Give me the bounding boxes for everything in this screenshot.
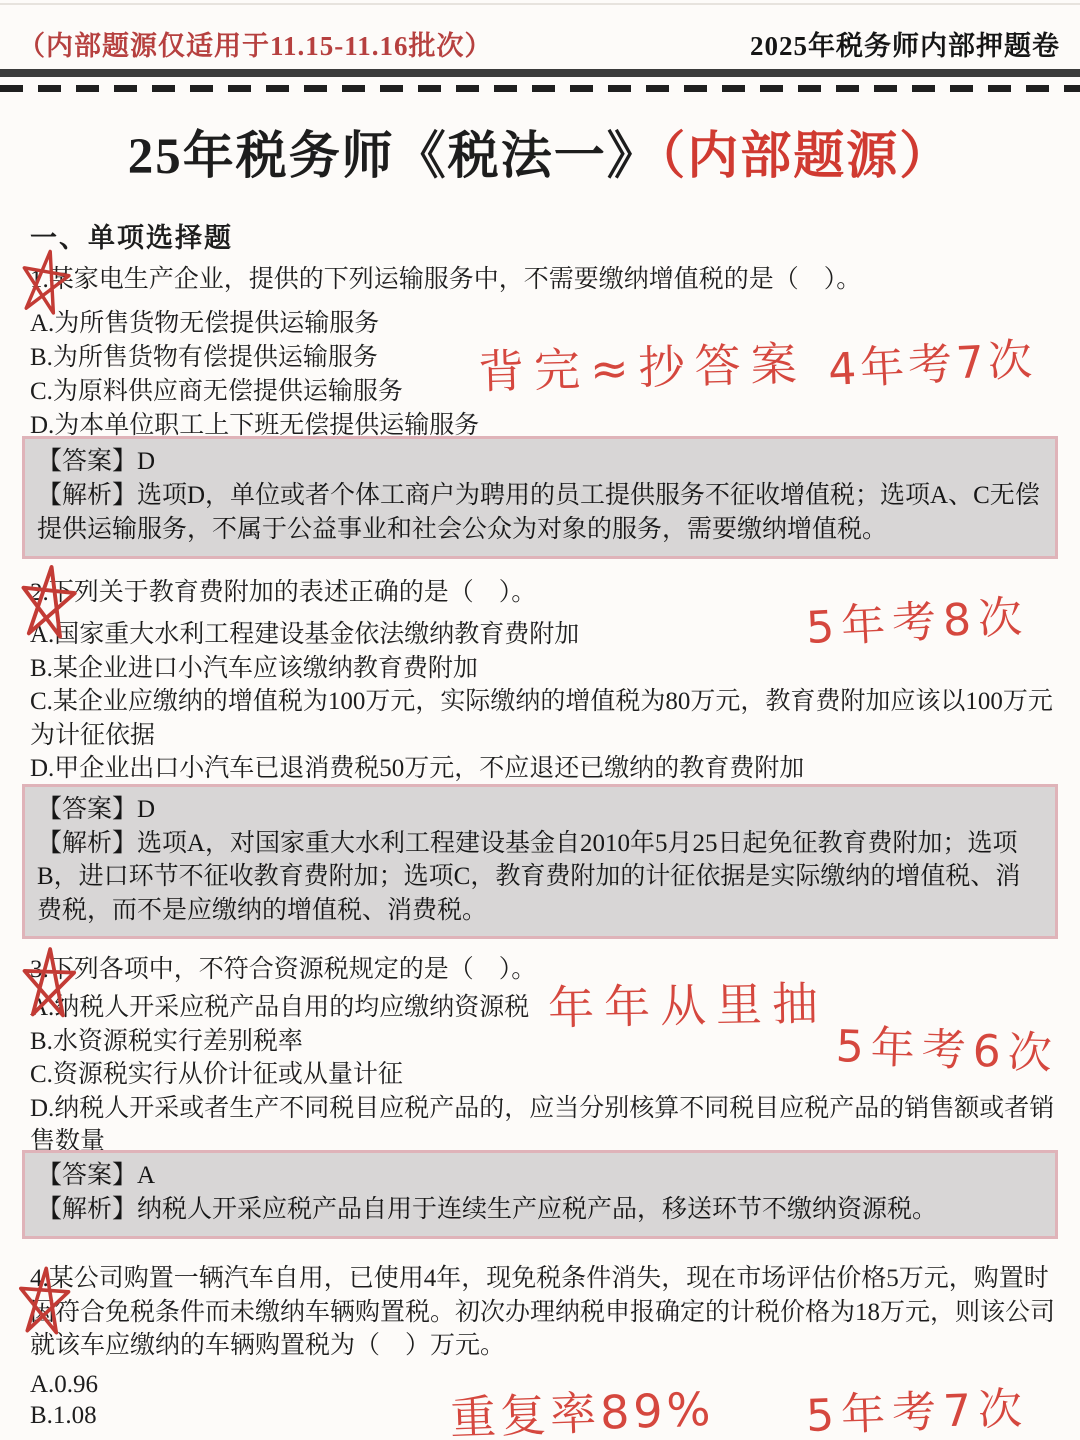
header-solid-rule xyxy=(0,69,1080,77)
handwritten-note: 5年考8次 xyxy=(804,580,1030,656)
header-batch-note: （内部题源仅适用于11.15-11.16批次） xyxy=(18,24,493,63)
option-d: D.甲企业出口小汽车已退消费税50万元，不应退还已缴纳的教育费附加 xyxy=(30,752,1058,786)
header-paper-name: 2025年税务师内部押题卷 xyxy=(750,24,1060,63)
option-c: C.某企业应缴纳的增值税为100万元，实际缴纳的增值税为80万元，教育费附加应该… xyxy=(30,685,1058,752)
section-heading: 一、单项选择题 xyxy=(30,216,233,255)
handwritten-note: 4年考7次 xyxy=(826,323,1037,398)
question-4-stem: 4.某公司购置一辆汽车自用，已使用4年，现免税条件消失，现在市场评估价格5万元，… xyxy=(30,1262,1058,1363)
option-d: D.纳税人开采或者生产不同税目应税产品的，应当分别核算不同税目应税产品的销售额或… xyxy=(30,1092,1058,1159)
answer-box-2: 【答案】D 【解析】选项A，对国家重大水利工程建设基金自2010年5月25日起免… xyxy=(22,784,1058,939)
page-title-main: 25年税务师《税法一》 xyxy=(128,129,660,185)
answer-label: 【答案】D xyxy=(37,445,1043,479)
handwritten-note: 5年考6次 xyxy=(835,1010,1060,1082)
answer-analysis: 【解析】选项A，对国家重大水利工程建设基金自2010年5月25日起免征教育费附加… xyxy=(37,827,1043,928)
answer-box-1: 【答案】D 【解析】选项D，单位或者个体工商户为聘用的员工提供服务不征收增值税；… xyxy=(22,436,1058,559)
handwritten-note: 重复率89% xyxy=(449,1373,715,1440)
answer-analysis: 【解析】选项D，单位或者个体工商户为聘用的员工提供服务不征收增值税；选项A、C无… xyxy=(37,479,1043,547)
answer-analysis: 【解析】纳税人开采应税产品自用于连续生产应税产品，移送环节不缴纳资源税。 xyxy=(37,1193,1043,1227)
handwritten-note: 5年考7次 xyxy=(805,1372,1030,1440)
page-title: 25年税务师《税法一》（内部题源） xyxy=(0,114,1080,188)
question-1-stem: 1.某家电生产企业，提供的下列运输服务中，不需要缴纳增值税的是（ ）。 xyxy=(30,263,1058,297)
answer-label: 【答案】D xyxy=(37,793,1043,827)
header-dashed-rule xyxy=(0,85,1080,92)
answer-label: 【答案】A xyxy=(37,1159,1043,1193)
page-top-edge-line xyxy=(0,3,1080,5)
handwritten-note: 背完≈抄答案 xyxy=(477,327,807,402)
option-b: B.某企业进口小汽车应该缴纳教育费附加 xyxy=(30,652,1058,686)
exam-paper-page: （内部题源仅适用于11.15-11.16批次） 2025年税务师内部押题卷 25… xyxy=(0,0,1080,1440)
handwritten-note: 年年从里抽 xyxy=(547,967,828,1038)
page-title-highlight: （内部题源） xyxy=(660,129,953,185)
answer-box-3: 【答案】A 【解析】纳税人开采应税产品自用于连续生产应税产品，移送环节不缴纳资源… xyxy=(22,1150,1058,1239)
question-3-stem: 3.下列各项中，不符合资源税规定的是（ ）。 xyxy=(30,953,1058,987)
